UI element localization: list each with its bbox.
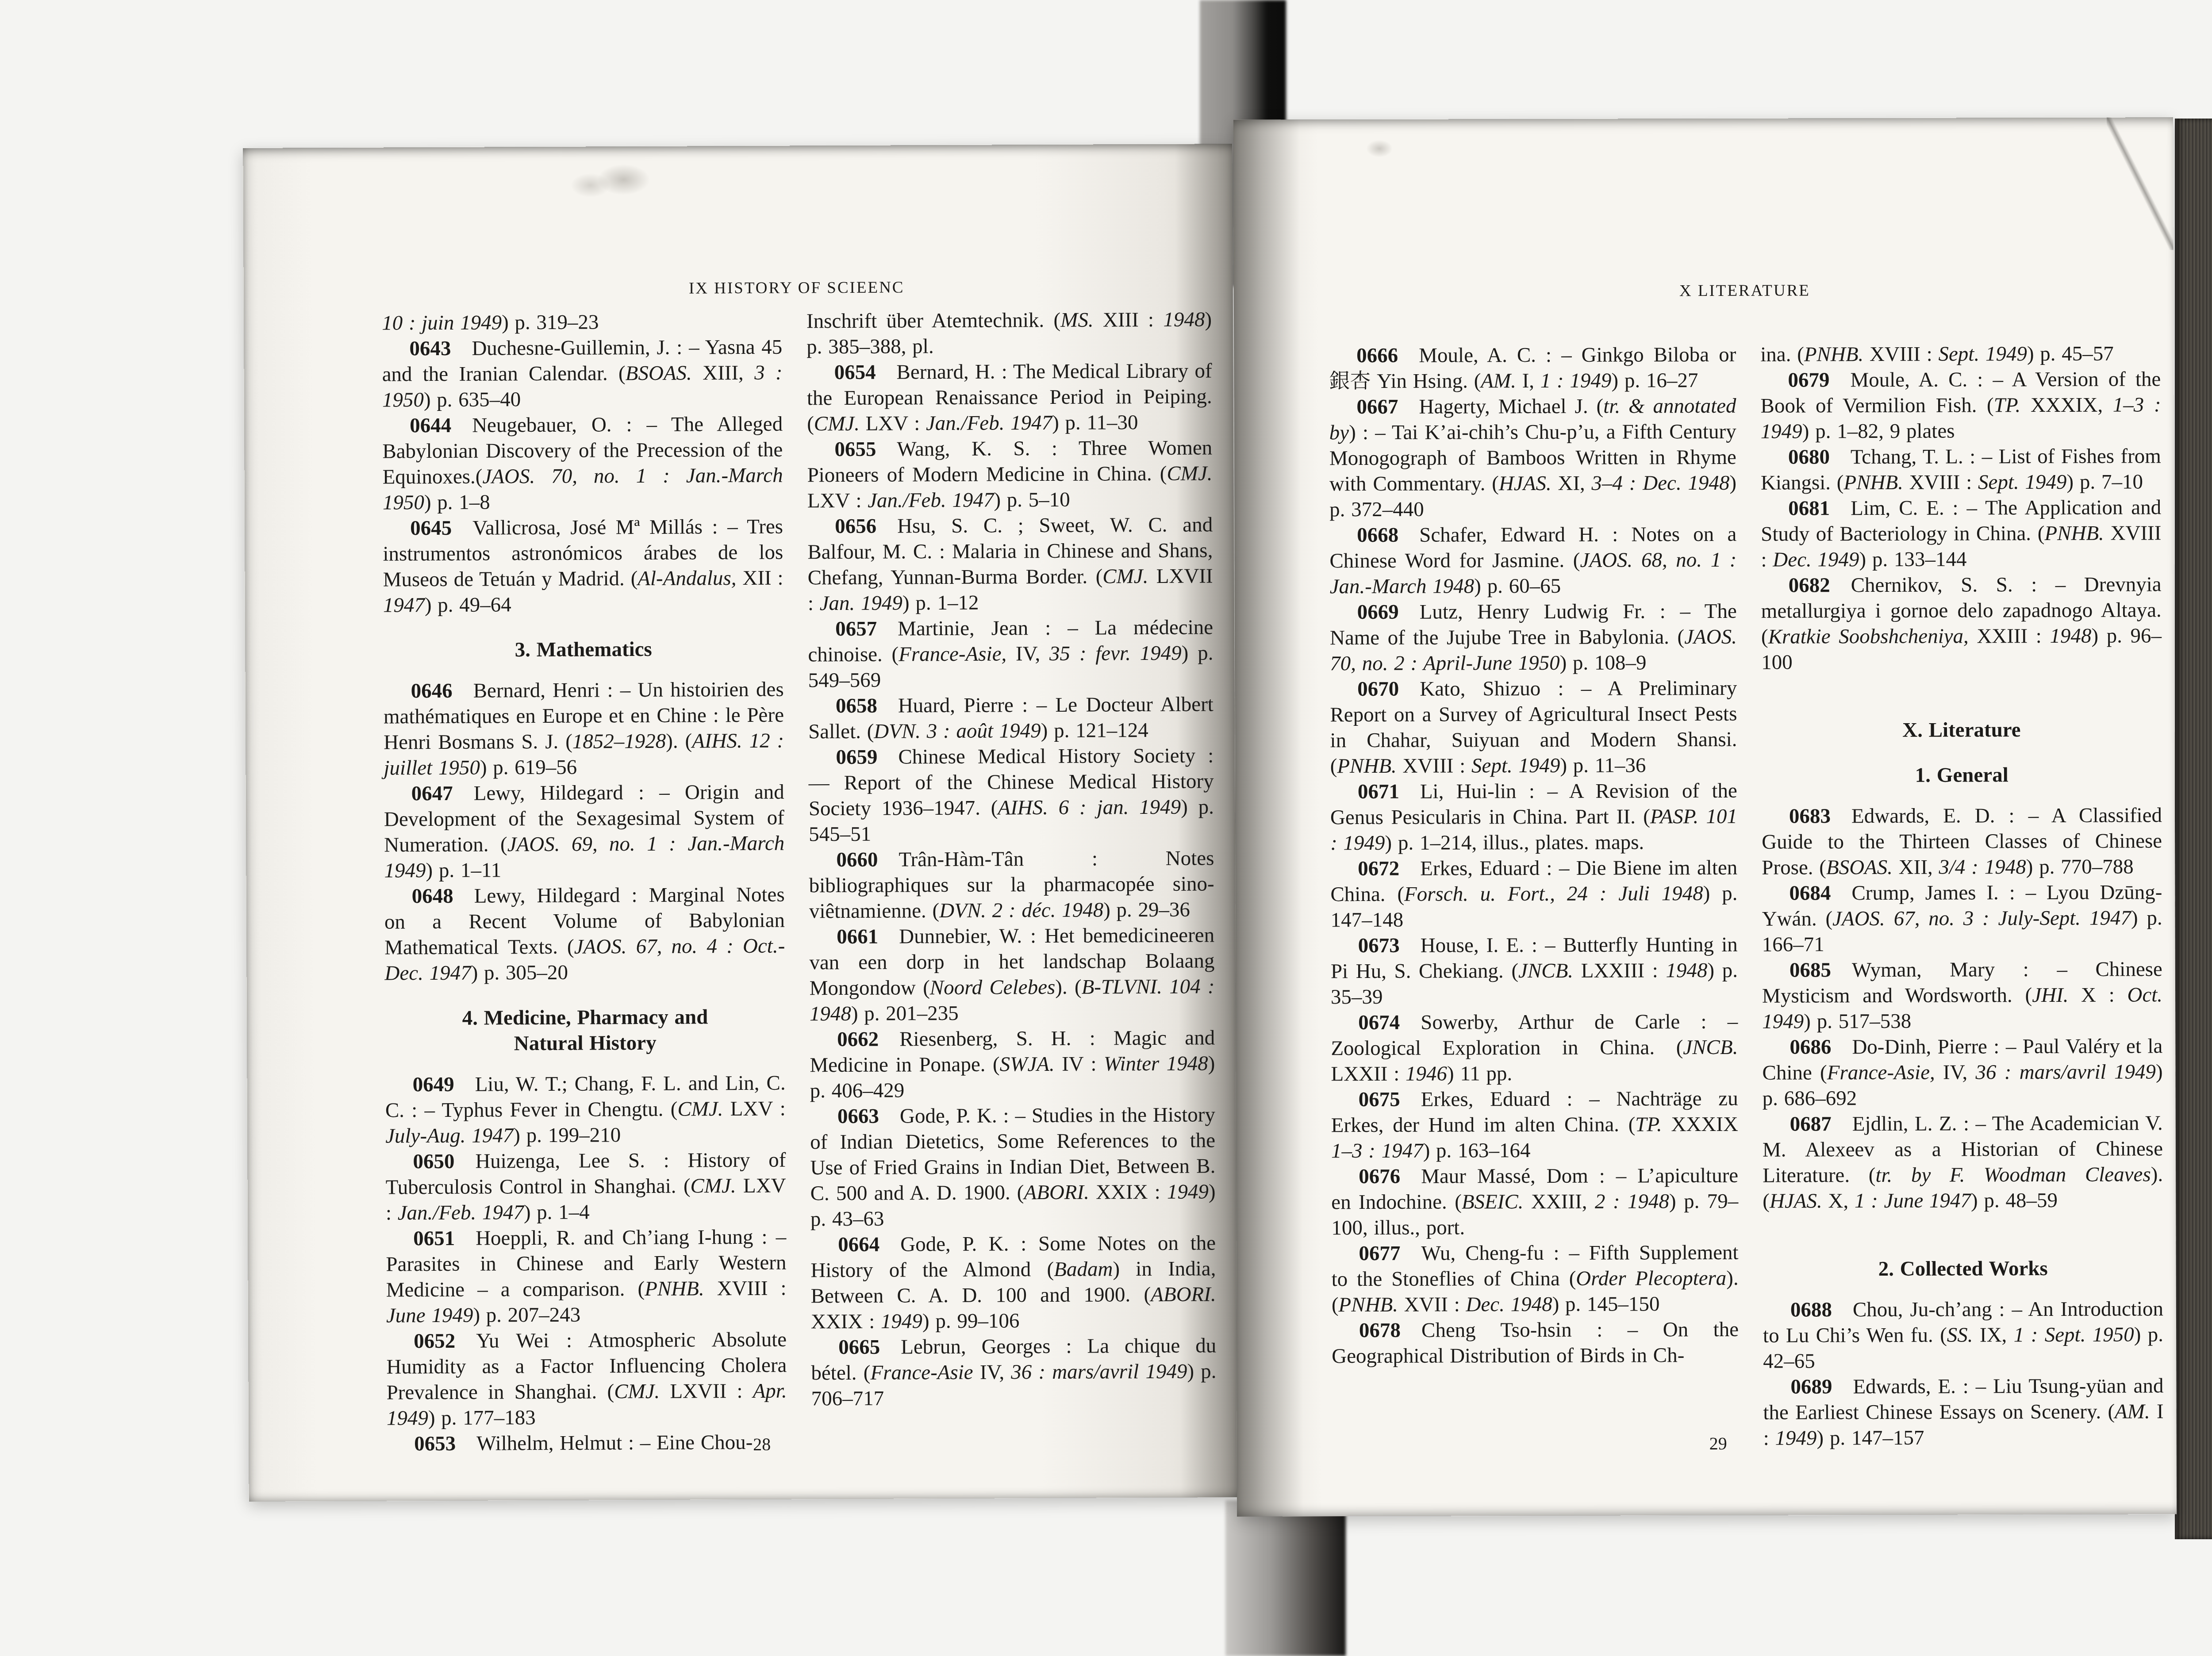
bibliography-entry: 0650 Huizenga, Lee S. : History of Tuber… (385, 1147, 786, 1226)
entry-number: 0676 (1359, 1165, 1400, 1188)
section-heading: X. Literature (1761, 717, 2162, 743)
entry-number: 0644 (410, 414, 451, 437)
entry-number: 0652 (414, 1330, 455, 1353)
bibliography-entry: 0677 Wu, Cheng-fu : – Fifth Supplement t… (1332, 1240, 1739, 1318)
entry-number: 0646 (411, 679, 453, 702)
bibliography-entry: 0680 Tchang, T. L. : – List of Fishes fr… (1761, 443, 2161, 495)
entry-number: 0667 (1357, 395, 1398, 418)
entry-number: 0684 (1789, 882, 1831, 905)
section-heading: 3. Mathematics (383, 636, 783, 663)
entry-number: 0683 (1789, 805, 1831, 828)
bibliography-entry: Inschrift über Atemtechnik. (MS. XIII : … (806, 307, 1212, 360)
bibliography-entry: 0685 Wyman, Mary : – Chinese Mysticism a… (1762, 956, 2162, 1034)
entry-number: 0662 (837, 1028, 879, 1051)
spine-shadow-bottom (1225, 1500, 1346, 1656)
entry-number: 0643 (409, 337, 451, 360)
entry-number: 0687 (1790, 1112, 1832, 1135)
entry-number: 0685 (1790, 958, 1831, 981)
entry-number: 0686 (1790, 1035, 1831, 1058)
bibliography-entry: 0664 Gode, P. K. : Some Notes on the His… (810, 1230, 1216, 1334)
bibliography-entry: 0646 Bernard, Henri : – Un histoirien de… (384, 677, 784, 781)
bibliography-entry: 0673 House, I. E. : – Butterfly Hunting … (1331, 932, 1738, 1010)
page-edges-stack (2175, 119, 2212, 1539)
entry-number: 0678 (1359, 1319, 1401, 1342)
bibliography-entry: ina. (PNHB. XVIII : Sept. 1949) p. 45–57 (1760, 341, 2161, 367)
bibliography-entry: 0645 Vallicrosa, José Mª Millás : – Tres… (383, 514, 783, 618)
section-heading: 1. General (1762, 762, 2162, 788)
entry-number: 0647 (411, 782, 453, 805)
bibliography-entry: 0649 Liu, W. T.; Chang, F. L. and Lin, C… (385, 1070, 786, 1149)
bibliography-entry: 0652 Yu Wei : Atmospheric Absolute Humid… (386, 1327, 787, 1431)
entry-number: 0660 (836, 848, 878, 871)
bibliography-entry: 0674 Sowerby, Arthur de Carle : – Zoolog… (1331, 1009, 1738, 1087)
section-heading: 2. Collected Works (1763, 1255, 2163, 1282)
bibliography-entry: 0655 Wang, K. S. : Three Women Pioneers … (807, 435, 1213, 514)
bibliography-entry: 0672 Erkes, Eduard : – Die Biene im alte… (1330, 855, 1737, 933)
right-page: X LITERATURE 0666 Moule, A. C. : – Ginkg… (1233, 117, 2177, 1517)
bibliography-entry: 0667 Hagerty, Michael J. (tr. & annotate… (1329, 393, 1736, 522)
running-header-right: X LITERATURE (1329, 280, 2161, 301)
bibliography-entry: 0651 Hoeppli, R. and Ch’iang I-hung : – … (386, 1224, 787, 1329)
entry-number: 0670 (1357, 678, 1399, 701)
bibliography-entry: 0647 Lewy, Hildegard : – Origin and Deve… (384, 779, 785, 884)
bibliography-entry: 0657 Martinie, Jean : – La médecine chin… (808, 614, 1214, 693)
left-page-column-1: 10 : juin 1949) p. 319–230643 Duchesne-G… (382, 309, 787, 1457)
entry-number: 0677 (1359, 1242, 1401, 1265)
bibliography-entry: 0683 Edwards, E. D. : – A Classified Gui… (1762, 802, 2162, 880)
right-page-column-2: ina. (PNHB. XVIII : Sept. 1949) p. 45–57… (1760, 341, 2164, 1451)
entry-number: 0673 (1358, 934, 1400, 957)
entry-number: 0689 (1790, 1375, 1832, 1398)
bibliography-entry: 0682 Chernikov, S. S. : – Drevnyia metal… (1761, 571, 2162, 675)
entry-number: 0688 (1790, 1298, 1832, 1321)
entry-number: 0653 (414, 1432, 456, 1455)
entry-number: 0663 (837, 1105, 879, 1128)
dogear-crease (2107, 117, 2174, 250)
entry-number: 0656 (835, 515, 876, 538)
bibliography-entry: 0666 Moule, A. C. : – Ginkgo Biloba or 銀… (1329, 342, 1736, 394)
bibliography-entry: 0676 Maur Massé, Dom : – L’apiculture en… (1331, 1163, 1738, 1241)
entry-number: 0655 (834, 438, 876, 461)
bibliography-entry: 0658 Huard, Pierre : – Le Docteur Albert… (808, 691, 1214, 744)
entry-number: 0682 (1789, 574, 1830, 597)
bibliography-entry: 0688 Chou, Ju-ch’ang : – An Introduction… (1763, 1296, 2163, 1374)
bibliography-entry: 0665 Lebrun, Georges : La chique du béte… (811, 1333, 1217, 1411)
bibliography-entry: 0660 Trân-Hàm-Tân : Notes bibliographiqu… (809, 845, 1214, 924)
entry-number: 0654 (834, 361, 876, 384)
stain (597, 164, 650, 195)
entry-number: 0661 (837, 925, 878, 948)
bibliography-entry: 0656 Hsu, S. C. ; Sweet, W. C. and Balfo… (807, 512, 1213, 616)
entry-number: 0672 (1358, 857, 1399, 880)
entry-number: 0665 (838, 1336, 880, 1359)
entry-number: 0666 (1356, 344, 1398, 367)
bibliography-entry: 0648 Lewy, Hildegard : Marginal Notes on… (384, 882, 785, 986)
bibliography-entry: 0661 Dunnebier, W. : Het bemedicineeren … (809, 922, 1215, 1027)
bibliography-entry: 10 : juin 1949) p. 319–23 (382, 309, 782, 336)
bibliography-entry: 0663 Gode, P. K. : – Studies in the Hist… (810, 1102, 1216, 1232)
left-page: IX HISTORY OF SCIEENC 10 : juin 1949) p.… (243, 144, 1238, 1502)
entry-number: 0659 (836, 746, 877, 769)
entry-number: 0664 (838, 1233, 879, 1256)
page-number-right: 29 (1709, 1433, 1727, 1454)
entry-number: 0645 (410, 517, 452, 540)
entry-number: 0648 (412, 885, 453, 908)
bibliography-entry: 0669 Lutz, Henry Ludwig Fr. : – The Name… (1330, 598, 1737, 676)
bibliography-entry: 0643 Duchesne-Guillemin, J. : – Yasna 45… (382, 334, 783, 413)
gutter-shadow (1233, 119, 1303, 1516)
page-number-left: 28 (753, 1434, 771, 1455)
left-page-textblock: 10 : juin 1949) p. 319–230643 Duchesne-G… (382, 307, 1217, 1487)
entry-number: 0680 (1788, 445, 1830, 468)
book-scan: IX HISTORY OF SCIEENC 10 : juin 1949) p.… (0, 0, 2212, 1656)
bibliography-entry: 0689 Edwards, E. : – Liu Tsung-yüan and … (1763, 1373, 2163, 1451)
bibliography-entry: 0644 Neugebauer, O. : – The Alleged Baby… (382, 411, 783, 516)
entry-number: 0657 (835, 617, 877, 640)
bibliography-entry: 0654 Bernard, H. : The Medical Library o… (806, 358, 1212, 437)
entry-number: 0651 (413, 1227, 455, 1250)
bibliography-entry: 0678 Cheng Tso-hsin : – On the Geographi… (1332, 1317, 1739, 1369)
running-header-left: IX HISTORY OF SCIEENC (382, 276, 1212, 299)
entry-number: 0681 (1788, 497, 1830, 520)
bibliography-entry: 0662 Riesenberg, S. H. : Magic and Medic… (810, 1025, 1215, 1104)
entry-number: 0650 (413, 1150, 454, 1173)
left-page-column-2: Inschrift über Atemtechnik. (MS. XIII : … (806, 307, 1217, 1411)
bibliography-entry: 0681 Lim, C. E. : – The Application and … (1761, 494, 2161, 572)
bibliography-entry: 0653 Wilhelm, Helmut : – Eine Chou- (387, 1430, 787, 1457)
bibliography-entry: 0684 Crump, James I. : – Lyou Dzūng-Ywán… (1762, 879, 2162, 957)
bibliography-entry: 0659 Chinese Medical History Society : —… (808, 743, 1214, 847)
bibliography-entry: 0670 Kato, Shizuo : – A Preliminary Repo… (1330, 675, 1737, 779)
right-page-column-1: 0666 Moule, A. C. : – Ginkgo Biloba or 銀… (1329, 342, 1739, 1369)
bibliography-entry: 0687 Ejdlin, L. Z. : – The Academician V… (1763, 1110, 2163, 1214)
bibliography-entry: 0686 Do-Dinh, Pierre : – Paul Valéry et … (1762, 1033, 2162, 1111)
entry-number: 0671 (1358, 780, 1399, 803)
bibliography-entry: 0675 Erkes, Eduard : – Nachträge zu Erke… (1331, 1086, 1738, 1164)
entry-number: 0668 (1357, 524, 1398, 547)
stain (571, 173, 611, 197)
entry-number: 0674 (1358, 1011, 1400, 1034)
bibliography-entry: 0679 Moule, A. C. : – A Version of the B… (1760, 366, 2161, 444)
entry-number: 0658 (836, 694, 877, 717)
right-page-textblock: 0666 Moule, A. C. : – Ginkgo Biloba or 銀… (1329, 341, 2164, 1475)
entry-number: 0679 (1788, 368, 1829, 391)
section-heading: 4. Medicine, Pharmacy and Natural Histor… (385, 1004, 785, 1057)
entry-number: 0675 (1359, 1088, 1400, 1111)
bibliography-entry: 0668 Schafer, Edward H. : Notes on a Chi… (1329, 521, 1736, 599)
entry-number: 0649 (412, 1073, 454, 1096)
bibliography-entry: 0671 Li, Hui-lin : – A Revision of the G… (1330, 778, 1737, 856)
stain (1366, 140, 1393, 157)
entry-number: 0669 (1357, 601, 1399, 624)
